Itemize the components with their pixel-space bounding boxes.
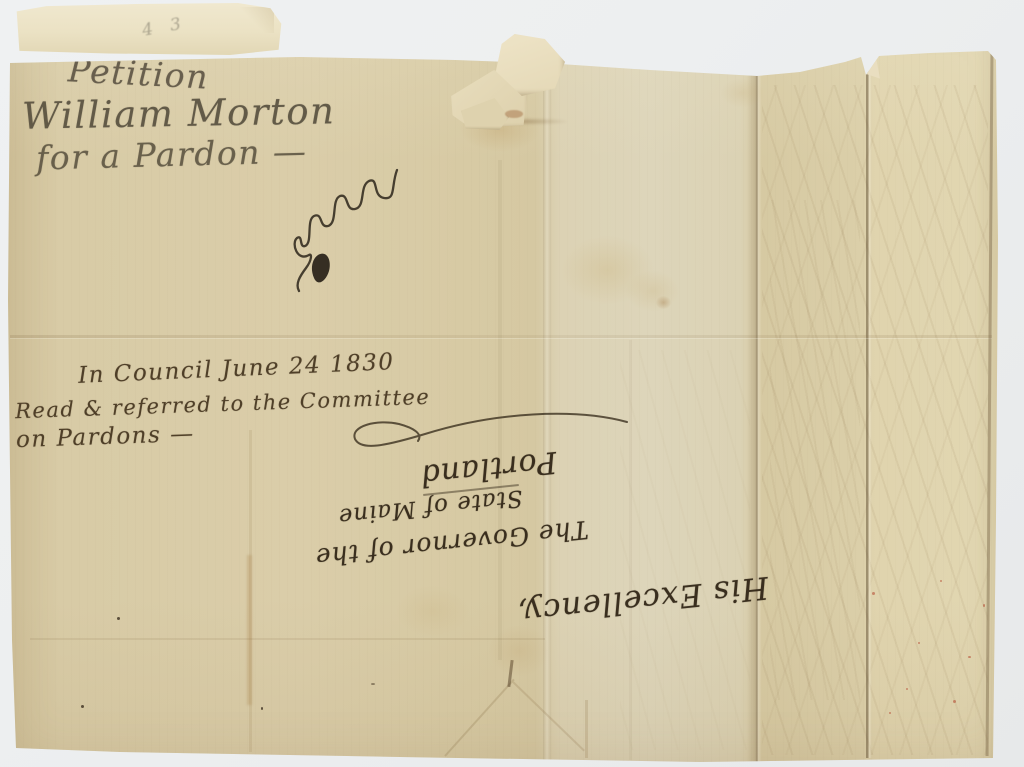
- seal-remnant: [445, 32, 580, 136]
- strip-fold-corner: [240, 7, 274, 33]
- pencil-mark: 4 3: [141, 13, 189, 41]
- paper-strip-fragment: 4 3: [14, 3, 284, 55]
- seal-wax-trace: [505, 110, 523, 118]
- scanned-document: 4 3: [0, 0, 1024, 767]
